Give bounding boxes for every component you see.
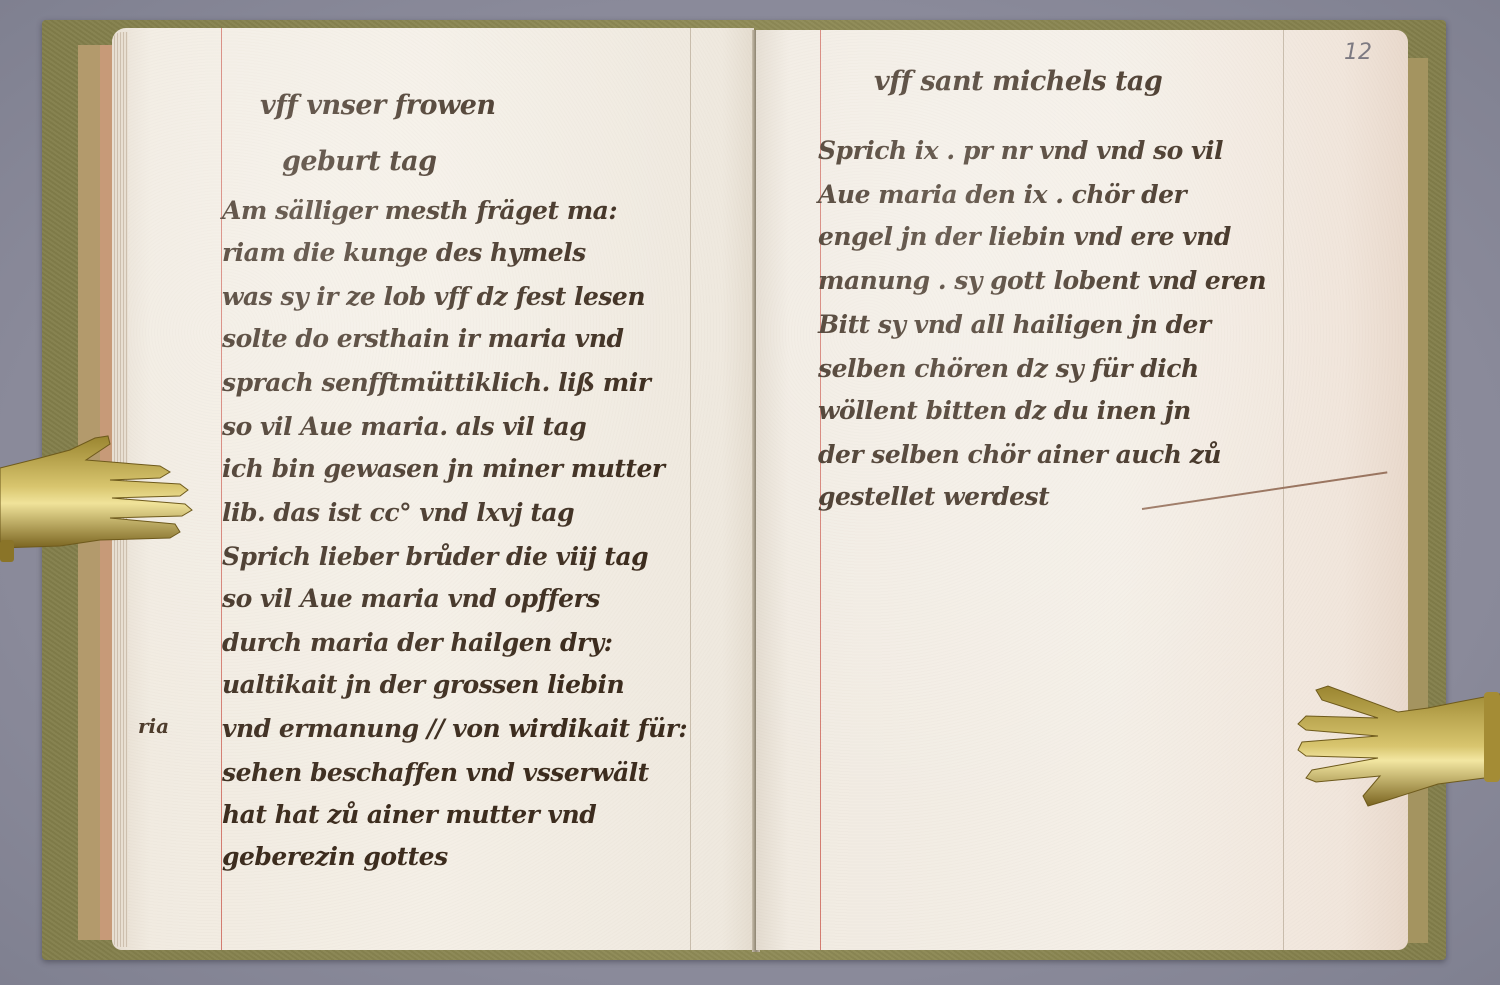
text-line: ich bin gewasen jn miner mutter <box>222 454 665 483</box>
text-line: ualtikait jn der grossen liebin <box>222 670 624 699</box>
text-line: was sy ir ze lob vff dz fest lesen <box>222 282 645 311</box>
text-line: hat hat zů ainer mutter vnd <box>222 800 596 829</box>
text-line: wöllent bitten dz du inen jn <box>818 396 1191 425</box>
text-line: der selben chör ainer auch zů <box>818 440 1221 469</box>
left-heading-line-1: vff vnser frowen <box>260 90 496 121</box>
text-line: Am sälliger mesth fräget ma: <box>222 196 617 225</box>
text-line: Bitt sy vnd all hailigen jn der <box>818 310 1211 339</box>
text-line: selben chören dz sy für dich <box>818 354 1199 383</box>
margin-note: ria <box>138 714 169 738</box>
left-text-block: vff vnser frowen geburt tag Am sälliger … <box>222 28 742 928</box>
text-line: manung . sy gott lobent vnd eren <box>818 266 1266 295</box>
text-line: so vil Aue maria. als vil tag <box>222 412 586 441</box>
text-line: lib. das ist cc° vnd lxvj tag <box>222 498 574 527</box>
text-line: sprach senfftmüttiklich. liß mir <box>222 368 650 397</box>
text-line: riam die kunge des hymels <box>222 238 586 267</box>
text-line: sehen beschaffen vnd vsserwält <box>222 758 649 787</box>
left-page: vff vnser frowen geburt tag Am sälliger … <box>112 28 754 950</box>
right-page: 12 vff sant michels tag Sprich ix . pr n… <box>756 30 1408 950</box>
text-line: gestellet werdest <box>818 482 1049 511</box>
text-line: geberezin gottes <box>222 842 448 871</box>
text-line: engel jn der liebin vnd ere vnd <box>818 222 1231 251</box>
text-line: Sprich lieber brůder die viij tag <box>222 542 648 571</box>
text-line: vnd ermanung // von wirdikait für: <box>222 714 687 743</box>
left-heading-line-2: geburt tag <box>282 146 437 177</box>
right-text-block: vff sant michels tag Sprich ix . pr nr v… <box>818 30 1378 550</box>
left-hand-clamp-icon <box>0 428 195 563</box>
right-heading: vff sant michels tag <box>874 66 1162 97</box>
right-hand-clamp-icon <box>1288 672 1500 812</box>
text-line: durch maria der hailgen dry: <box>222 628 612 657</box>
text-line: Aue maria den ix . chör der <box>818 180 1186 209</box>
text-line: Sprich ix . pr nr vnd vnd so vil <box>818 136 1223 165</box>
text-line: solte do ersthain ir maria vnd <box>222 324 624 353</box>
text-line: so vil Aue maria vnd opffers <box>222 584 600 613</box>
